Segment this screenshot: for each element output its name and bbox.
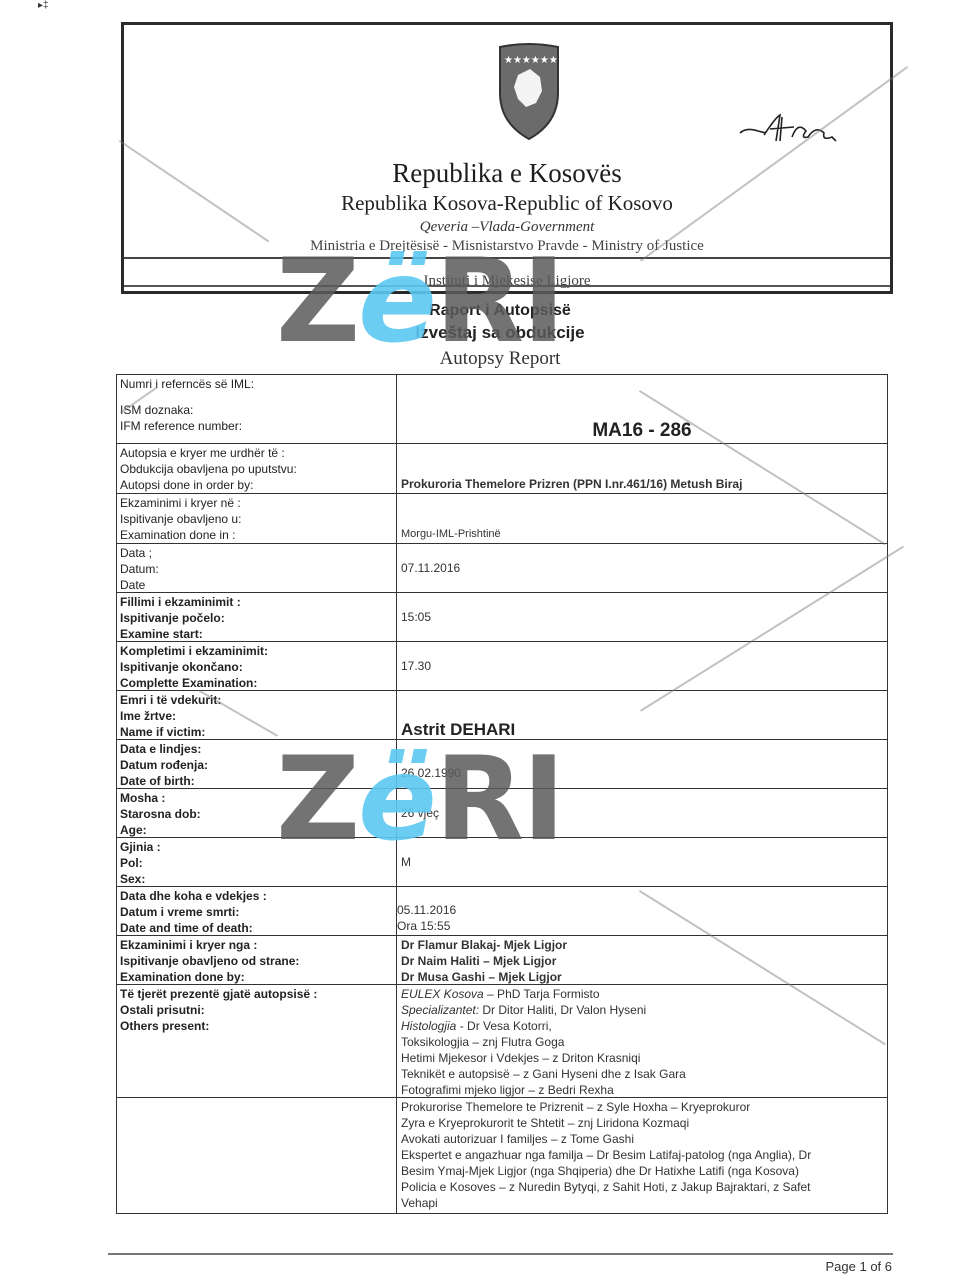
row-label: Ekzaminimi i kryer nga : Ispitivanje oba… <box>117 936 397 984</box>
others-present-list-continued: Prokurorise Themelore te Prizrenit – z S… <box>397 1098 887 1213</box>
table-row-age: Mosha : Starosna dob: Age: 26 vjeç <box>117 788 887 837</box>
row-value: 05.11.2016 Ora 15:55 <box>397 887 887 935</box>
ordered-by-value: Prokuroria Themelore Prizren (PPN I.nr.4… <box>401 476 883 492</box>
start-time-value: 15:05 <box>401 609 883 625</box>
label-sq: Data e lindjes: <box>120 741 393 757</box>
label-en: Age: <box>120 822 393 838</box>
reference-number: MA16 - 286 <box>401 423 883 442</box>
label-en: Date of birth: <box>120 773 393 789</box>
label-sq: Numri i referncës së IML: <box>120 376 393 392</box>
label-en: Examination done by: <box>120 969 393 985</box>
others-present-item: Teknikët e autopsisë – z Gani Hyseni dhe… <box>401 1066 883 1082</box>
country-subtitle: Republika Kosova-Republic of Kosovo <box>124 191 890 216</box>
label-sr: Pol: <box>120 855 393 871</box>
others-present-item: Avokati autorizuar I familjes – z Tome G… <box>401 1131 883 1147</box>
table-row-reference: Numri i referncës së IML: ISM doznaka: I… <box>117 375 887 443</box>
table-row-examiners: Ekzaminimi i kryer nga : Ispitivanje oba… <box>117 935 887 984</box>
page-number: Page 1 of 6 <box>826 1259 893 1274</box>
location-value: Morgu-IML-Prishtinë <box>401 526 883 542</box>
table-row-complete: Kompletimi i ekzaminimit: Ispitivanje ok… <box>117 641 887 690</box>
table-row-start: Fillimi i ekzaminimit : Ispitivanje poče… <box>117 592 887 641</box>
signature <box>736 107 856 151</box>
row-label: Autopsia e kryer me urdhër të : Obdukcij… <box>117 444 397 493</box>
coat-of-arms-icon: ★★★★★★ <box>496 41 562 141</box>
row-label: Ekzaminimi i kryer në : Ispitivanje obav… <box>117 494 397 543</box>
others-present-list: EULEX Kosova – PhD Tarja FormistoSpecial… <box>397 985 887 1097</box>
row-label: Data ; Datum: Date <box>117 544 397 592</box>
label-sq: Autopsia e kryer me urdhër të : <box>120 445 393 461</box>
label-en: Examination done in : <box>120 527 393 543</box>
row-label: Data e lindjes: Datum rođenja: Date of b… <box>117 740 397 788</box>
label-sr: Datum: <box>120 561 393 577</box>
table-row-victim-name: Emri i të vdekurit: Ime žrtve: Name if v… <box>117 690 887 739</box>
others-present-item: Zyra e Kryeprokurorit te Shtetit – znj L… <box>401 1115 883 1131</box>
row-value: 07.11.2016 <box>397 544 887 592</box>
label-en: Autopsi done in order by: <box>120 477 393 493</box>
label-sq: Ekzaminimi i kryer në : <box>120 495 393 511</box>
row-value: Dr Flamur Blakaj- Mjek Ligjor Dr Naim Ha… <box>397 936 887 984</box>
footer-divider <box>108 1253 893 1255</box>
victim-name-value: Astrit DEHARI <box>401 722 883 738</box>
report-title-en: Autopsy Report <box>300 348 700 370</box>
table-row-date: Data ; Datum: Date 07.11.2016 <box>117 543 887 592</box>
table-row-others-present: Të tjerët prezentë gjatë autopsisë : Ost… <box>117 984 887 1097</box>
label-sr: ISM doznaka: <box>120 402 393 418</box>
others-present-item: Prokurorise Themelore te Prizrenit – z S… <box>401 1099 883 1115</box>
label-en: Examine start: <box>120 626 393 642</box>
examiner: Dr Flamur Blakaj- Mjek Ligjor <box>401 937 883 953</box>
label-en: Sex: <box>120 871 393 887</box>
label-sr: Ime žrtve: <box>120 708 393 724</box>
label-en: Date <box>120 577 393 593</box>
label-sq: Fillimi i ekzaminimit : <box>120 594 393 610</box>
autopsy-info-table: Numri i referncës së IML: ISM doznaka: I… <box>116 374 888 1214</box>
label-sq: Kompletimi i ekzaminimit: <box>120 643 393 659</box>
dob-value: 26.02.1990 <box>401 765 883 787</box>
row-label: Kompletimi i ekzaminimit: Ispitivanje ok… <box>117 642 397 690</box>
sex-value: M <box>401 854 883 870</box>
others-present-item: Besim Ymaj-Mjek Ligjor (nga Shqiperia) d… <box>401 1163 883 1179</box>
death-date-value: 05.11.2016 <box>397 902 883 918</box>
ministry-label: Ministria e Drejtësisë - Misnistarstvo P… <box>124 238 890 255</box>
label-sr: Ispitivanje počelo: <box>120 610 393 626</box>
label-sr: Ispitivanje okončano: <box>120 659 393 675</box>
others-present-item: Histologjia - Dr Vesa Kotorri, <box>401 1018 883 1034</box>
row-value: Astrit DEHARI <box>397 691 887 739</box>
row-label: Numri i referncës së IML: ISM doznaka: I… <box>117 375 397 443</box>
table-row-dob: Data e lindjes: Datum rođenja: Date of b… <box>117 739 887 788</box>
report-title-sq: Raport i Autopsisë <box>300 302 700 320</box>
table-row-others-present-cont: Prokurorise Themelore te Prizrenit – z S… <box>117 1097 887 1213</box>
label-sq: Të tjerët prezentë gjatë autopsisë : <box>120 986 393 1002</box>
label-sr: Ispitivanje obavljeno od strane: <box>120 953 393 969</box>
end-time-value: 17.30 <box>401 658 883 674</box>
label-sr: Ispitivanje obavljeno u: <box>120 511 393 527</box>
row-label: Fillimi i ekzaminimit : Ispitivanje poče… <box>117 593 397 641</box>
others-present-item: Fotografimi mjeko ligjor – z Bedri Rexha <box>401 1082 883 1098</box>
others-present-item: Ekspertet e angazhuar nga familja – Dr B… <box>401 1147 883 1163</box>
row-label: Gjinia : Pol: Sex: <box>117 838 397 886</box>
others-present-item: Toksikologjia – znj Flutra Goga <box>401 1034 883 1050</box>
row-label-empty <box>117 1098 397 1213</box>
label-sr: Ostali prisutni: <box>120 1002 393 1018</box>
examiner: Dr Naim Haliti – Mjek Ligjor <box>401 953 883 969</box>
label-en: Name if victim: <box>120 724 393 740</box>
label-sq: Data ; <box>120 545 393 561</box>
others-present-item: Specializantet: Dr Ditor Haliti, Dr Valo… <box>401 1002 883 1018</box>
death-time-value: Ora 15:55 <box>397 918 883 934</box>
svg-text:★★★★★★: ★★★★★★ <box>504 55 558 66</box>
age-value: 26 vjeç <box>401 805 883 821</box>
row-value: 26.02.1990 <box>397 740 887 788</box>
row-label: Të tjerët prezentë gjatë autopsisë : Ost… <box>117 985 397 1097</box>
label-sq: Data dhe koha e vdekjes : <box>120 888 393 904</box>
label-sr: Obdukcija obavljena po uputstvu: <box>120 461 393 477</box>
row-value: Prokuroria Themelore Prizren (PPN I.nr.4… <box>397 444 887 493</box>
row-label: Data dhe koha e vdekjes : Datum i vreme … <box>117 887 397 935</box>
scan-mark: ▸‡ <box>38 0 49 11</box>
letterhead: ★★★★★★ Republika e Kosovës Republika Kos… <box>121 22 893 294</box>
label-en: Others present: <box>120 1018 393 1034</box>
others-present-item: Policia e Kosoves – z Nuredin Bytyqi, z … <box>401 1179 883 1195</box>
label-sq: Ekzaminimi i kryer nga : <box>120 937 393 953</box>
date-value: 07.11.2016 <box>401 560 883 576</box>
table-row-sex: Gjinia : Pol: Sex: M <box>117 837 887 886</box>
row-value: Morgu-IML-Prishtinë <box>397 494 887 543</box>
row-label: Emri i të vdekurit: Ime žrtve: Name if v… <box>117 691 397 739</box>
others-present-item: Hetimi Mjekesor i Vdekjes – z Driton Kra… <box>401 1050 883 1066</box>
label-sr: Datum i vreme smrti: <box>120 904 393 920</box>
table-row-death: Data dhe koha e vdekjes : Datum i vreme … <box>117 886 887 935</box>
divider <box>124 285 890 287</box>
label-sr: Starosna dob: <box>120 806 393 822</box>
label-en: Date and time of death: <box>120 920 393 936</box>
row-value: 26 vjeç <box>397 789 887 837</box>
label-sq: Gjinia : <box>120 839 393 855</box>
row-value: 17.30 <box>397 642 887 690</box>
examiner: Dr Musa Gashi – Mjek Ligjor <box>401 969 883 985</box>
institute-label: Instituti i Mjekesise Ligjore <box>124 273 890 290</box>
divider <box>124 257 890 259</box>
table-row-location: Ekzaminimi i kryer në : Ispitivanje obav… <box>117 493 887 543</box>
label-en: Complette Examination: <box>120 675 393 691</box>
report-title-sr: Izveštaj sa obdukcije <box>300 323 700 343</box>
label-sq: Mosha : <box>120 790 393 806</box>
label-sq: Emri i të vdekurit: <box>120 692 393 708</box>
table-row-ordered-by: Autopsia e kryer me urdhër të : Obdukcij… <box>117 443 887 493</box>
label-sr: Datum rođenja: <box>120 757 393 773</box>
row-value: M <box>397 838 887 886</box>
row-value: MA16 - 286 <box>397 375 887 443</box>
row-label: Mosha : Starosna dob: Age: <box>117 789 397 837</box>
others-present-item: Vehapi <box>401 1195 883 1211</box>
others-present-item: EULEX Kosova – PhD Tarja Formisto <box>401 986 883 1002</box>
label-en: IFM reference number: <box>120 418 393 434</box>
